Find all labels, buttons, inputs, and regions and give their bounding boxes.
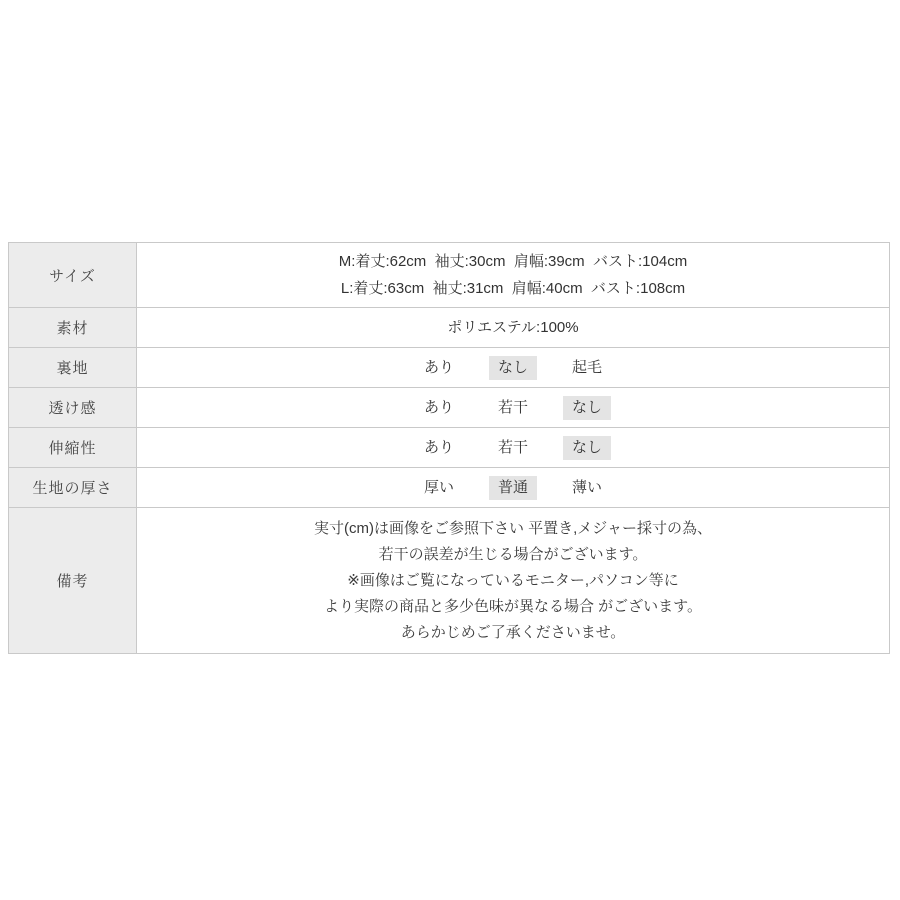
spec-value-line: ※画像はご覧になっているモニター,パソコン等に	[347, 568, 678, 594]
spec-row-value: 厚い普通薄い	[137, 468, 889, 507]
option-chip: 若干	[489, 396, 537, 420]
option-chip-selected: なし	[563, 396, 611, 420]
spec-row-2: 素材ポリエステル:100%	[9, 307, 889, 347]
spec-value-line: 実寸(cm)は画像をご参照下さい 平置き,メジャー採寸の為、	[314, 516, 712, 542]
option-chip: あり	[415, 396, 463, 420]
spec-value-line: あらかじめご了承くださいませ。	[401, 620, 626, 646]
spec-row-label: 伸縮性	[9, 428, 137, 467]
spec-row-4: 透け感あり若干なし	[9, 387, 889, 427]
spec-row-label: 備考	[9, 508, 137, 653]
spec-value-line: より実際の商品と多少色味が異なる場合 がございます。	[324, 594, 702, 620]
option-chip: あり	[415, 356, 463, 380]
spec-row-6: 生地の厚さ厚い普通薄い	[9, 467, 889, 507]
spec-options: ありなし起毛	[402, 356, 624, 380]
option-chip: 厚い	[415, 476, 463, 500]
spec-row-1: サイズM:着丈:62cm 袖丈:30cm 肩幅:39cm バスト:104cmL:…	[9, 243, 889, 307]
spec-value-line: L:着丈:63cm 袖丈:31cm 肩幅:40cm バスト:108cm	[341, 275, 685, 302]
spec-row-label: 素材	[9, 308, 137, 347]
spec-row-value: あり若干なし	[137, 388, 889, 427]
spec-row-7: 備考実寸(cm)は画像をご参照下さい 平置き,メジャー採寸の為、若干の誤差が生じ…	[9, 507, 889, 653]
spec-row-3: 裏地ありなし起毛	[9, 347, 889, 387]
spec-row-value: M:着丈:62cm 袖丈:30cm 肩幅:39cm バスト:104cmL:着丈:…	[137, 243, 889, 307]
spec-row-value: ありなし起毛	[137, 348, 889, 387]
spec-value-line: ポリエステル:100%	[447, 314, 578, 341]
spec-row-label: 透け感	[9, 388, 137, 427]
option-chip: 薄い	[563, 476, 611, 500]
spec-row-value: あり若干なし	[137, 428, 889, 467]
option-chip: あり	[415, 436, 463, 460]
option-chip-selected: 普通	[489, 476, 537, 500]
spec-value-line: 若干の誤差が生じる場合がございます。	[379, 542, 648, 568]
spec-row-label: サイズ	[9, 243, 137, 307]
product-spec-table: サイズM:着丈:62cm 袖丈:30cm 肩幅:39cm バスト:104cmL:…	[8, 242, 890, 654]
spec-row-label: 生地の厚さ	[9, 468, 137, 507]
spec-row-label: 裏地	[9, 348, 137, 387]
option-chip: 若干	[489, 436, 537, 460]
product-spec-page: サイズM:着丈:62cm 袖丈:30cm 肩幅:39cm バスト:104cmL:…	[0, 0, 900, 900]
option-chip: 起毛	[563, 356, 611, 380]
spec-row-value: ポリエステル:100%	[137, 308, 889, 347]
spec-options: 厚い普通薄い	[402, 476, 624, 500]
spec-value-line: M:着丈:62cm 袖丈:30cm 肩幅:39cm バスト:104cm	[339, 248, 687, 275]
option-chip-selected: なし	[563, 436, 611, 460]
option-chip-selected: なし	[489, 356, 537, 380]
spec-options: あり若干なし	[402, 436, 624, 460]
spec-row-value: 実寸(cm)は画像をご参照下さい 平置き,メジャー採寸の為、若干の誤差が生じる場…	[137, 508, 889, 653]
spec-row-5: 伸縮性あり若干なし	[9, 427, 889, 467]
spec-options: あり若干なし	[402, 396, 624, 420]
